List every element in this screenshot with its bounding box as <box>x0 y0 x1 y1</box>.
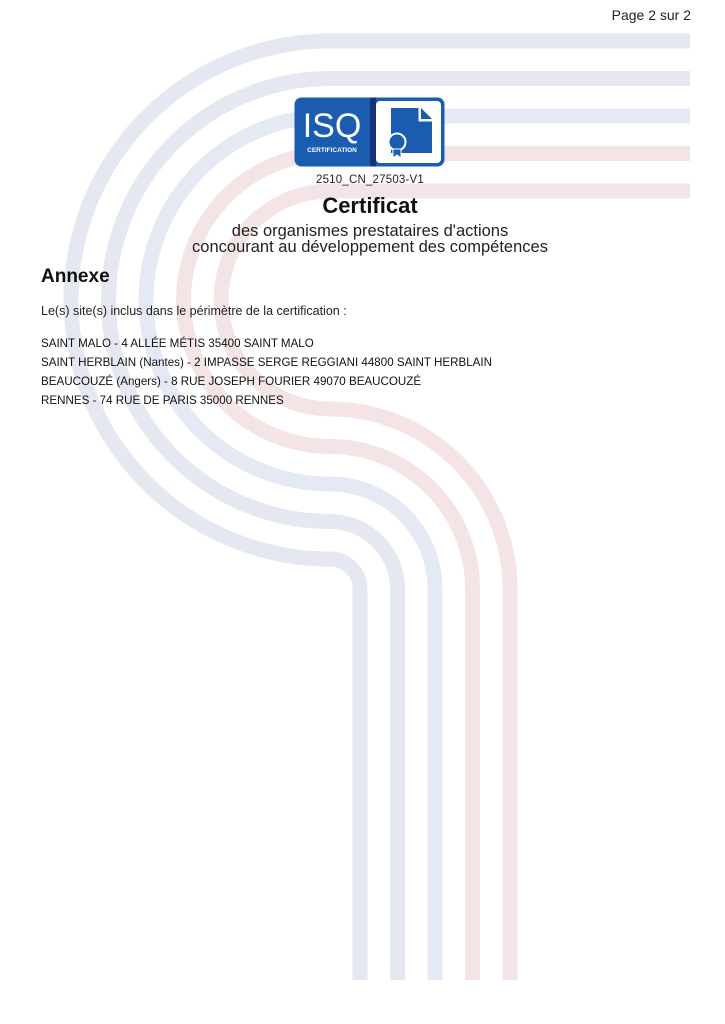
site-item: BEAUCOUZÉ (Angers) - 8 RUE JOSEPH FOURIE… <box>41 372 492 391</box>
annexe-intro: Le(s) site(s) inclus dans le périmètre d… <box>41 304 347 318</box>
annexe-heading: Annexe <box>41 266 110 288</box>
site-item: SAINT MALO - 4 ALLÉE MÉTIS 35400 SAINT M… <box>41 334 492 353</box>
logo-brand: ISQ <box>303 107 362 145</box>
site-item: RENNES - 74 RUE DE PARIS 35000 RENNES <box>41 391 492 410</box>
site-list: SAINT MALO - 4 ALLÉE MÉTIS 35400 SAINT M… <box>41 334 492 410</box>
certificate-subtitle: des organismes prestataires d'actions co… <box>0 223 725 255</box>
logo-tagline: CERTIFICATION <box>307 147 357 154</box>
certificate-document-icon <box>389 108 433 158</box>
site-item: SAINT HERBLAIN (Nantes) - 2 IMPASSE SERG… <box>41 353 492 372</box>
subtitle-line-2: concourant au développement des compéten… <box>0 239 725 255</box>
isq-logo: ISQ CERTIFICATION <box>294 97 445 167</box>
certificate-title: Certificat <box>0 193 725 219</box>
subtitle-line-1: des organismes prestataires d'actions <box>0 223 725 239</box>
page-indicator: Page 2 sur 2 <box>612 7 691 23</box>
certificate-id: 2510_CN_27503-V1 <box>0 174 725 186</box>
